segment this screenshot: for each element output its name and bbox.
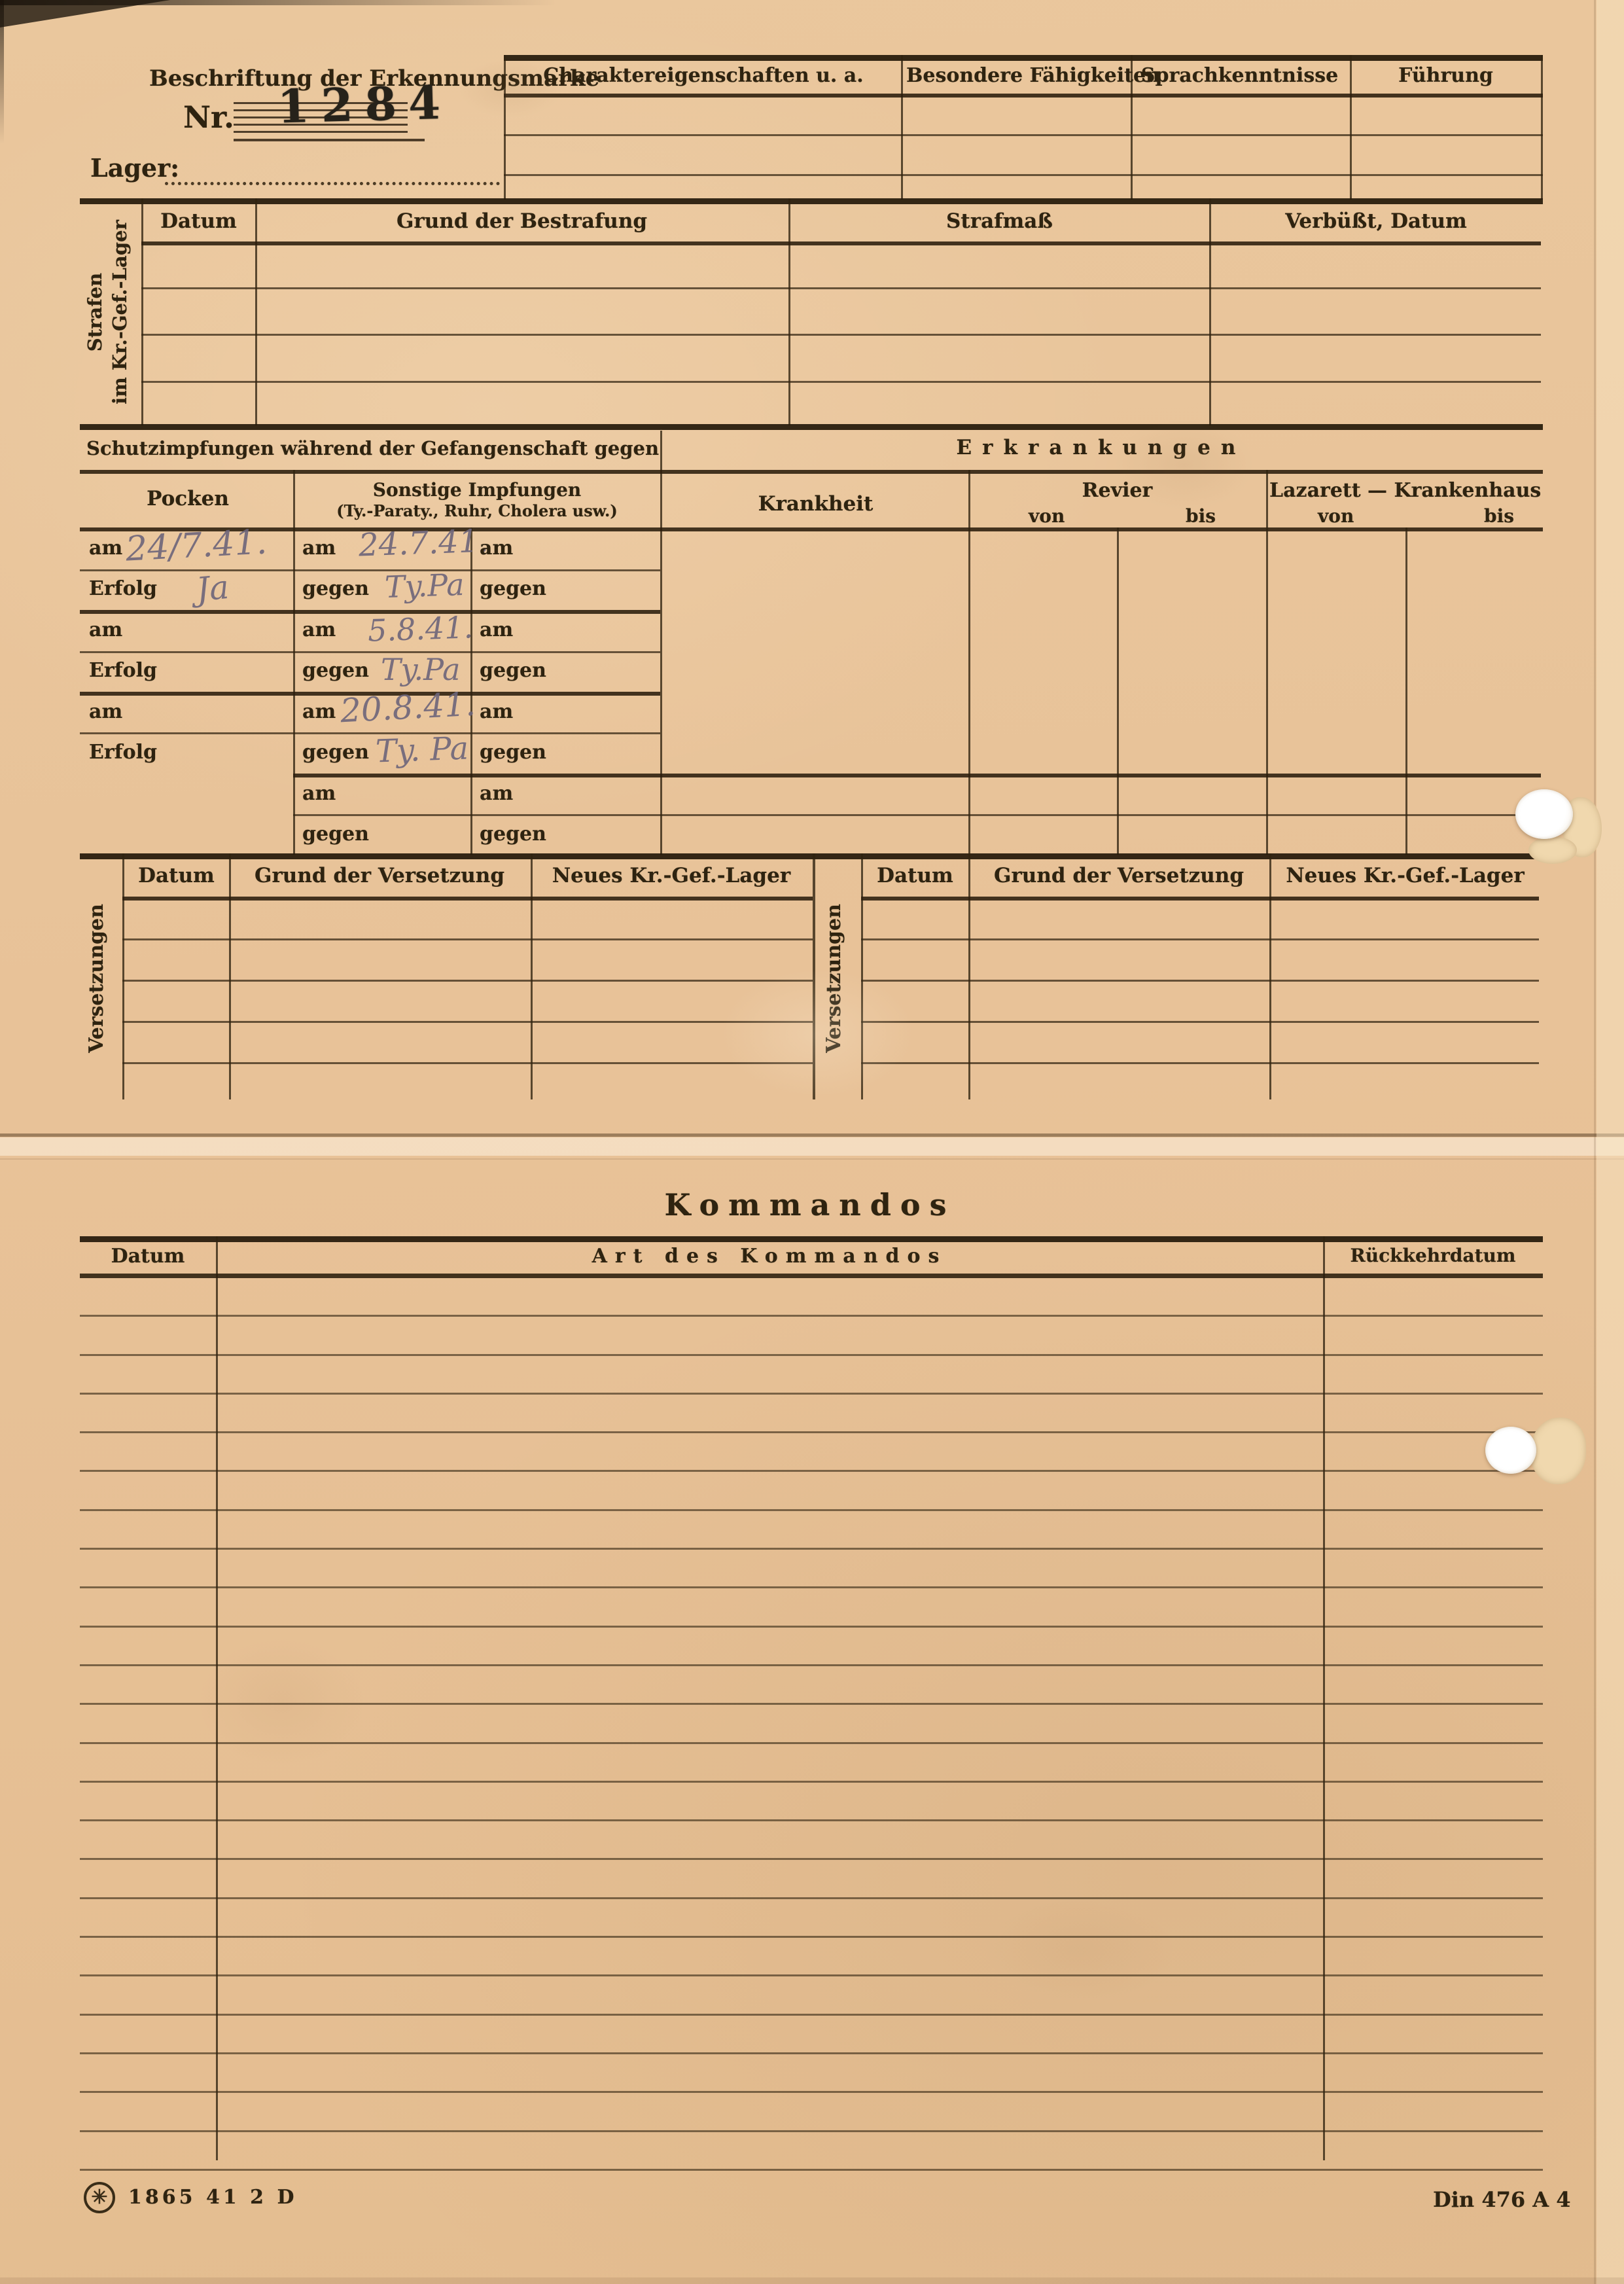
col-krankheit: Krankheit [667,492,964,516]
fold-crease-highlight [0,1137,1624,1156]
strafen-col-strafmass: Strafmaß [795,209,1204,233]
din-format-code: Din 476 A 4 [1433,2187,1570,2212]
pocken-erfolg-label: Erfolg [89,741,157,764]
print-code: 1865 41 2 D [128,2186,297,2209]
rule [788,198,790,425]
rule [293,470,295,855]
sonstige-entry: 5.8.41. [367,609,474,649]
rule [861,980,1539,982]
rule [80,527,1543,531]
sonstige2-gegen-label: gegen [480,823,546,846]
sonstige-entry: 24.7.41. [358,523,489,564]
column-header-charakter: Charaktereigenschaften u. a. [517,64,890,87]
pocken-entry: 24/7.41. [125,522,268,569]
rule [141,198,143,425]
rule [122,1021,813,1023]
pocken-am-label: am [89,700,122,723]
pow-record-card: Beschriftung der Erkennungsmarke Nr. 128… [0,0,1624,2284]
paper-edge-line [1594,0,1596,2284]
paper-edge-bottom [0,2277,1624,2284]
sonstige-entry: Ty.Pa [381,652,461,687]
paper-stain [196,1636,366,1767]
versetzungen-side-label-left: Versetzungen [85,870,114,1086]
sonstige-am-label: am [302,700,336,723]
rule [861,1021,1539,1023]
sonstige-entry: 20.8.41. [340,685,477,730]
ruled-row [80,1821,1543,1860]
strafen-col-grund: Grund der Bestrafung [262,209,782,233]
kommandos-col-rueckkehr: Rückkehrdatum [1326,1245,1540,1266]
ruled-row [80,2093,1543,2132]
rule [1541,55,1543,200]
paper-stain [981,1898,1178,2003]
column-header-sprachen: Sprachkenntnisse [1133,64,1346,87]
hole-punch [1515,789,1573,839]
ruled-row [80,1588,1543,1627]
rule [80,651,660,653]
ruled-row [80,1511,1543,1550]
torn-paper-patch [1528,836,1577,864]
rule [141,334,1541,336]
rule [901,55,903,200]
ruled-row [80,1317,1543,1355]
ruled-row [80,1356,1543,1395]
rule [122,938,813,940]
lager-blank-line [165,156,500,185]
sonstige-entry: Ty. Pa [375,730,469,770]
scan-edge-left [0,0,4,144]
pocken-am-label: am [89,537,122,560]
versetzung-left-grund: Grund der Versetzung [232,864,527,887]
ruled-row [80,1783,1543,1821]
col-sonstige-line2: (Ty.-Paraty., Ruhr, Cholera usw.) [298,501,656,520]
pocken-entry: Ja [195,568,231,609]
rule [80,198,1543,204]
sonstige2-gegen-label: gegen [480,741,546,764]
rule [1350,55,1352,200]
sonstige-am-label: am [302,618,336,641]
rule [1266,470,1268,855]
rule [122,1062,813,1064]
sonstige2-am-label: am [480,782,513,805]
ruled-row [80,1899,1543,1938]
ruled-row [80,1472,1543,1510]
rule [504,55,1543,61]
rule [141,381,1541,383]
ruled-row [80,1395,1543,1433]
fold-crease-shadow [0,1158,1624,1160]
rule [504,94,1543,98]
col-sonstige-line1: Sonstige Impfungen [298,479,656,501]
pocken-erfolg-label: Erfolg [89,659,157,682]
rule [293,774,1541,777]
sonstige2-am-label: am [480,618,513,641]
rule [141,241,1541,245]
sonstige-entry: Ty.Pa [384,567,465,605]
lazarett-bis-label: bis [1484,505,1514,527]
rule [293,814,1541,816]
kommandos-title: Kommandos [614,1187,1006,1222]
sonstige-gegen-label: gegen [302,659,369,682]
rule [80,424,1543,430]
sonstige2-gegen-label: gegen [480,659,546,682]
versetzung-left-lager: Neues Kr.-Gef.-Lager [534,864,809,887]
pocken-erfolg-label: Erfolg [89,577,157,600]
sonstige2-am-label: am [480,537,513,560]
strafen-col-verbuesst: Verbüßt, Datum [1216,209,1536,233]
print-emblem-icon: ✳ [84,2182,115,2213]
rule [1117,527,1119,855]
rule [1405,527,1407,855]
versetzung-right-datum: Datum [864,864,966,887]
rule [1209,198,1211,425]
rule [80,853,1543,859]
rule [255,198,257,425]
paper-edge-right [1597,0,1624,2284]
kommandos-col-datum: Datum [83,1245,213,1268]
rule [861,897,1539,901]
sonstige-gegen-label: gegen [302,577,369,600]
sonstige-am-label: am [302,782,336,805]
ruled-row [80,2016,1543,2054]
versetzung-left-datum: Datum [126,864,227,887]
scan-edge-top [0,0,654,5]
rule [660,431,662,855]
sonstige-gegen-label: gegen [302,823,369,846]
revier-von-label: von [1029,505,1065,527]
rule [122,980,813,982]
rule [141,287,1541,289]
ruled-row [80,2132,1543,2171]
ruled-row [80,1550,1543,1588]
hole-punch [1485,1427,1536,1474]
ruled-row [80,1976,1543,2015]
impfungen-header: Schutzimpfungen während der Gefangenscha… [86,437,654,459]
sonstige2-am-label: am [480,700,513,723]
ruled-row [80,1278,1543,1317]
column-header-fuehrung: Führung [1352,64,1539,87]
paper-highlight [720,969,916,1099]
rule [861,938,1539,940]
pocken-am-label: am [89,618,122,641]
ruled-row [80,1938,1543,1976]
ruled-row [80,1433,1543,1472]
rule [122,897,813,901]
sonstige2-gegen-label: gegen [480,577,546,600]
col-pocken: Pocken [86,487,289,510]
ruled-row [80,2054,1543,2093]
rule [968,470,970,855]
prisoner-number-stamp: 1284 [277,75,453,134]
strafen-col-datum: Datum [148,209,249,233]
rule [504,134,1543,136]
ruled-row [80,1860,1543,1899]
col-lazarett: Lazarett — Krankenhaus [1269,479,1538,502]
kommandos-col-art: Art des Kommandos [219,1245,1320,1268]
rule [80,1274,1543,1278]
fold-crease [0,1133,1624,1137]
paper-stain [1112,419,1256,510]
sonstige-gegen-label: gegen [302,741,369,764]
erkrankungen-header: Erkrankungen [694,436,1508,459]
lazarett-von-label: von [1318,505,1354,527]
rule [80,569,660,571]
sonstige-am-label: am [302,537,336,560]
versetzung-right-lager: Neues Kr.-Gef.-Lager [1273,864,1538,887]
rule [861,1062,1539,1064]
strafen-side-label: Strafen im Kr.-Gef.-Lager [82,204,137,420]
rule [234,139,425,141]
rule [80,470,1543,474]
torn-paper-patch [1530,1418,1586,1484]
column-header-faehigkeiten: Besondere Fähigkeiten [906,64,1125,87]
paper-stain [458,59,563,118]
versetzung-right-grund: Grund der Versetzung [972,864,1266,887]
nr-label: Nr. [183,99,234,135]
rule [80,732,660,734]
rule [504,174,1543,176]
